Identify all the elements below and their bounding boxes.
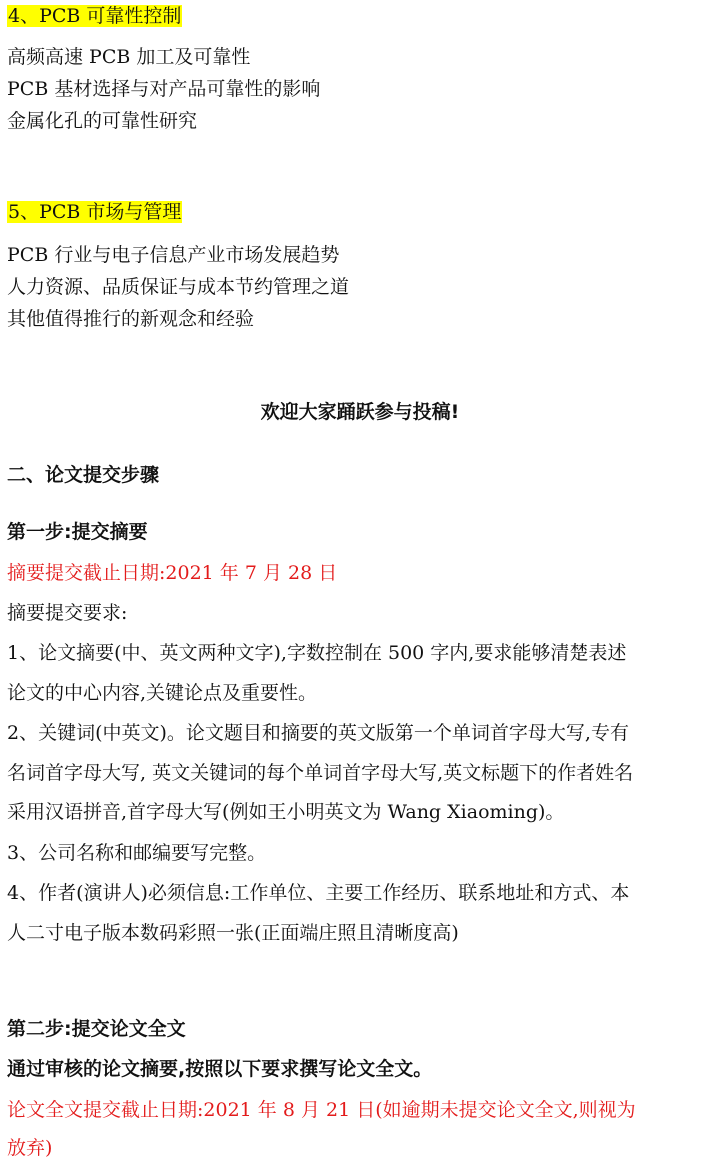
- step1-line: 4、作者(演讲人)必须信息:工作单位、主要工作经历、联系地址和方式、本: [7, 881, 629, 905]
- step1-title: 第一步:提交摘要: [7, 520, 148, 544]
- section4-item: 高频高速 PCB 加工及可靠性: [7, 45, 250, 69]
- step2-intro: 通过审核的论文摘要,按照以下要求撰写论文全文。: [7, 1057, 432, 1081]
- section5-heading: 5、PCB 市场与管理: [7, 200, 182, 224]
- step1-line: 1、论文摘要(中、英文两种文字),字数控制在 500 字内,要求能够清楚表述: [7, 641, 626, 665]
- section5-item: PCB 行业与电子信息产业市场发展趋势: [7, 243, 339, 267]
- step1-line: 人二寸电子版本数码彩照一张(正面端庄照且清晰度高): [7, 921, 459, 945]
- step1-requirements-label: 摘要提交要求:: [7, 601, 127, 625]
- step1-line: 论文的中心内容,关键论点及重要性。: [7, 681, 317, 705]
- section4-heading: 4、PCB 可靠性控制: [7, 4, 182, 28]
- section4-item: PCB 基材选择与对产品可靠性的影响: [7, 77, 320, 101]
- step1-line: 采用汉语拼音,首字母大写(例如王小明英文为 Wang Xiaoming)。: [7, 800, 564, 824]
- section4-item: 金属化孔的可靠性研究: [7, 109, 197, 133]
- section5-item: 其他值得推行的新观念和经验: [7, 307, 254, 331]
- step2-deadline: 论文全文提交截止日期:2021 年 8 月 21 日(如逾期未提交论文全文,则视…: [7, 1098, 636, 1122]
- steps-title: 二、论文提交步骤: [7, 463, 159, 487]
- step1-line: 名词首字母大写, 英文关键词的每个单词首字母大写,英文标题下的作者姓名: [7, 761, 633, 785]
- step1-deadline: 摘要提交截止日期:2021 年 7 月 28 日: [7, 561, 337, 585]
- highlighted-heading: 5、PCB 市场与管理: [7, 201, 182, 223]
- step2-deadline-cont: 放弃): [7, 1136, 52, 1160]
- step1-line: 3、公司名称和邮编要写完整。: [7, 841, 266, 865]
- highlighted-heading: 4、PCB 可靠性控制: [7, 5, 182, 27]
- welcome-banner: 欢迎大家踊跃参与投稿!: [0, 400, 720, 424]
- section5-item: 人力资源、品质保证与成本节约管理之道: [7, 275, 349, 299]
- step2-title: 第二步:提交论文全文: [7, 1017, 186, 1041]
- step1-line: 2、关键词(中英文)。论文题目和摘要的英文版第一个单词首字母大写,专有: [7, 721, 629, 745]
